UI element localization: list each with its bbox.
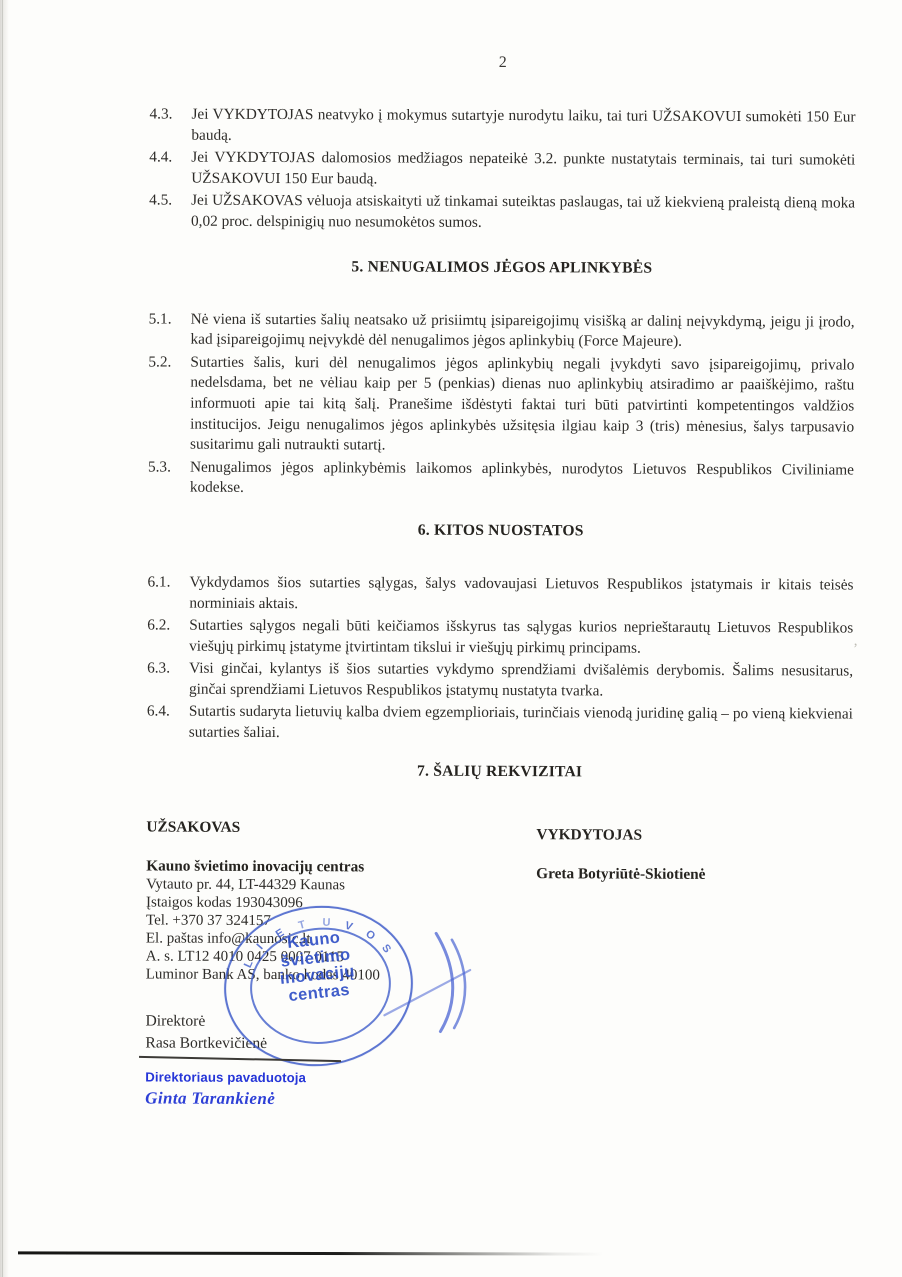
contractor-role-label: VYKDYTOJAS [536,826,852,845]
scan-artifact-bottom-line [18,1251,603,1255]
clause-text: Visi ginčai, kylantys iš šios sutarties … [189,659,853,703]
client-email: El. paštas info@kaunosic.lt [146,929,536,949]
clause-text: Nenugalimos jėgos aplinkybėmis laikomos … [190,457,854,501]
clause-number: 5.1. [148,309,190,350]
clause-5-1: 5.1. Nė viena iš sutarties šalių neatsak… [148,309,854,353]
client-name: Kauno švietimo inovacijų centras [146,857,536,877]
clause-text: Sutarties sąlygos negali būti keičiamos … [189,616,853,660]
client-address: Vytauto pr. 44, LT-44329 Kaunas [146,875,536,895]
clause-5-3: 5.3. Nenugalimos jėgos aplinkybėmis laik… [148,457,854,501]
contractor-column: VYKDYTOJAS Greta Botyriūtė-Skiotienė [535,820,852,1110]
party-requisites: UŽSAKOVAS Kauno švietimo inovacijų centr… [145,818,852,1110]
clause-4-5: 4.5. Jei UŽSAKOVAS vėluoja atsiskaityti … [149,191,855,235]
section-heading-6: 6. KITOS NUOSTATOS [148,519,854,541]
scanned-contract-page: 2 4.3. Jei VYKDYTOJAS neatvyko į mokymus… [0,0,902,1277]
clause-4-4: 4.4. Jei VYKDYTOJAS dalomosios medžiagos… [149,148,855,192]
deputy-name-stamp: Ginta Tarankienė [145,1089,535,1109]
client-bank-name: Luminor Bank AS, banko kodas 40100 [146,965,536,985]
client-signer-name: Rasa Bortkevičienė [145,1034,535,1054]
document-content: 2 4.3. Jei VYKDYTOJAS neatvyko į mokymus… [0,0,902,1110]
clause-5-2: 5.2. Sutarties šalis, kuri dėl nenugalim… [148,352,854,458]
clause-list-section6: 6.1. Vykdydamos šios sutarties sąlygas, … [147,572,854,746]
client-phone: Tel. +370 37 324157 [146,911,536,931]
client-column: UŽSAKOVAS Kauno švietimo inovacijų centr… [145,818,536,1109]
page-number: 2 [150,52,856,73]
clause-text: Jei VYKDYTOJAS dalomosios medžiagos nepa… [191,148,855,192]
clause-number: 6.4. [147,702,189,743]
client-company-code: Įstaigos kodas 193043096 [146,893,536,913]
section-heading-7: 7. ŠALIŲ REKVIZITAI [147,760,853,782]
deputy-title-stamp: Direktoriaus pavaduotoja [145,1068,535,1088]
clause-list-section5: 5.1. Nė viena iš sutarties šalių neatsak… [148,309,855,501]
clause-6-2: 6.2. Sutarties sąlygos negali būti keiči… [147,616,853,660]
client-role-label: UŽSAKOVAS [146,818,536,838]
clause-number: 6.3. [147,659,189,700]
clause-text: Vykdydamos šios sutarties sąlygas, šalys… [189,573,853,617]
clause-number: 4.3. [149,104,191,145]
contractor-name: Greta Botyriūtė-Skiotienė [536,865,852,884]
clause-6-1: 6.1. Vykdydamos šios sutarties sąlygas, … [147,572,853,616]
clause-text: Jei VYKDYTOJAS neatvyko į mokymus sutart… [191,105,855,149]
clause-text: Nė viena iš sutarties šalių neatsako už … [190,309,854,353]
clause-list-section4: 4.3. Jei VYKDYTOJAS neatvyko į mokymus s… [149,104,856,235]
clause-text: Jei UŽSAKOVAS vėluoja atsiskaityti už ti… [191,191,855,235]
clause-6-4: 6.4. Sutartis sudaryta lietuvių kalba dv… [147,702,853,746]
clause-text: Sutartis sudaryta lietuvių kalba dviem e… [189,702,853,746]
clause-number: 5.3. [148,457,190,498]
clause-4-3: 4.3. Jei VYKDYTOJAS neatvyko į mokymus s… [149,104,855,148]
clause-6-3: 6.3. Visi ginčai, kylantys iš šios sutar… [147,659,853,703]
scan-speck: ’ [853,641,858,658]
clause-text: Sutarties šalis, kuri dėl nenugalimos jė… [190,352,854,458]
clause-number: 6.2. [147,616,189,657]
client-bank-account: A. s. LT12 4010 0425 0007 0115 [146,947,536,967]
clause-number: 5.2. [148,352,190,455]
clause-number: 6.1. [147,572,189,613]
section-heading-5: 5. NENUGALIMOS JĖGOS APLINKYBĖS [149,256,855,278]
clause-number: 4.5. [149,191,191,232]
clause-number: 4.4. [149,148,191,189]
client-signer-title: Direktorė [146,1012,536,1032]
